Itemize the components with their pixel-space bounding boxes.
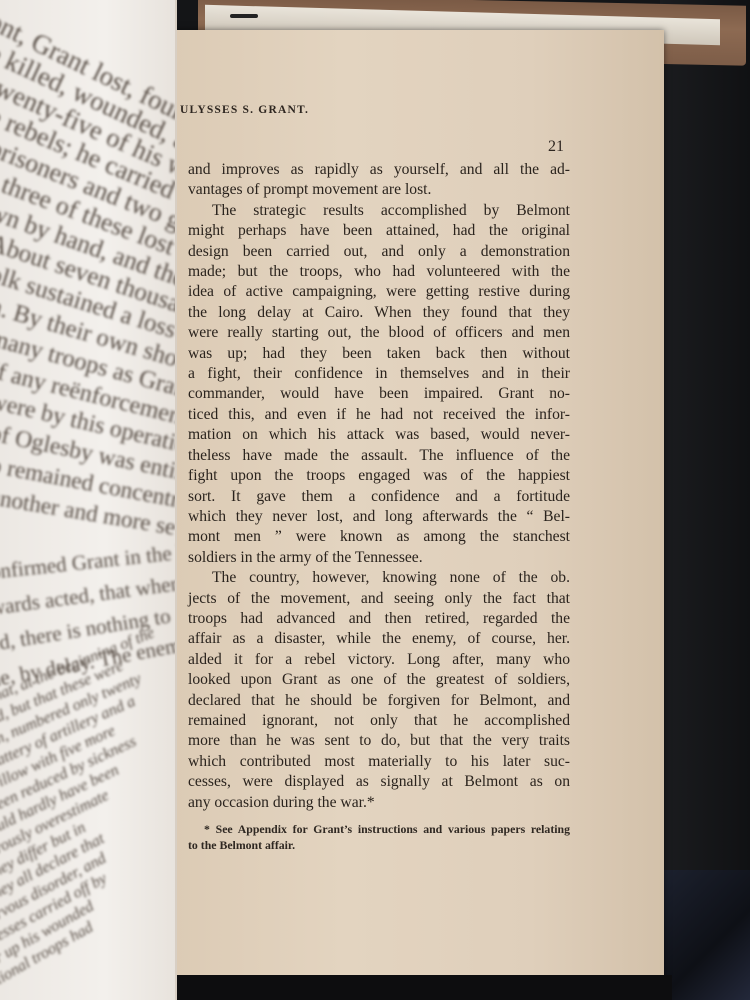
text-line: was up; had they been taken back then wi… xyxy=(188,344,570,364)
text-line: looked upon Grant as one of the greatest… xyxy=(188,670,570,690)
text-line: sort. It gave them a confidence and a fo… xyxy=(188,487,570,507)
text-line: and improves as rapidly as yourself, and… xyxy=(188,160,570,180)
text-line: ticed this, and even if he had not recei… xyxy=(188,405,570,425)
text-line: fight upon the troops engaged was of the… xyxy=(188,466,570,486)
text-line: The country, however, knowing none of th… xyxy=(188,568,570,588)
text-line: affair as a disaster, while the enemy, o… xyxy=(188,629,570,649)
text-line: idea of active campaigning, were getting… xyxy=(188,282,570,302)
text-line: theless have made the assault. The influ… xyxy=(188,446,570,466)
text-line: alded it for a rebel victory. Long after… xyxy=(188,650,570,670)
text-line: mont men ” were known as among the stanc… xyxy=(188,527,570,547)
text-line: any occasion during the war.* xyxy=(188,793,570,813)
text-line: soldiers in the army of the Tennessee. xyxy=(188,548,570,568)
text-line: a fight, their confidence in themselves … xyxy=(188,364,570,384)
text-line: remained ignorant, not only that he acco… xyxy=(188,711,570,731)
page-number: 21 xyxy=(548,138,564,156)
text-line: cesses, were displayed as signally at Be… xyxy=(188,772,570,792)
text-line: design been carried out, and only a demo… xyxy=(188,242,570,262)
text-line: the long delay at Cairo. When they found… xyxy=(188,303,570,323)
text-line: declared that he should be forgiven for … xyxy=(188,691,570,711)
text-line: which contributed most materially to his… xyxy=(188,752,570,772)
footnote: * See Appendix for Grant’s instructions … xyxy=(188,821,570,853)
text-line: The strategic results accomplished by Be… xyxy=(188,201,570,221)
text-line: more than he was sent to do, but that th… xyxy=(188,731,570,751)
text-line: might perhaps have been attained, had th… xyxy=(188,221,570,241)
left-page: ont, Grant lost, four hundrede killed, w… xyxy=(0,0,177,1000)
text-line: which they never lost, and long afterwar… xyxy=(188,507,570,527)
page-body: and improves as rapidly as yourself, and… xyxy=(188,160,570,853)
paragraph: The country, however, knowing none of th… xyxy=(188,568,570,813)
text-line: commander, would have been impaired. Gra… xyxy=(188,384,570,404)
footnote-line: to the Belmont affair. xyxy=(188,837,570,853)
paragraph: The strategic results accomplished by Be… xyxy=(188,201,570,568)
back-book-mark xyxy=(230,14,258,18)
text-line: jects of the movement, and seeing only t… xyxy=(188,589,570,609)
body-text: and improves as rapidly as yourself, and… xyxy=(188,160,570,813)
footnote-line: * See Appendix for Grant’s instructions … xyxy=(188,821,570,837)
running-head: ULYSSES S. GRANT. xyxy=(180,104,309,116)
dark-background xyxy=(660,0,750,1000)
text-line: were really starting out, the blood of o… xyxy=(188,323,570,343)
text-line: troops had advanced and then retired, re… xyxy=(188,609,570,629)
text-line: made; but the troops, who had volunteere… xyxy=(188,262,570,282)
text-line: mation on which his attack was based, wo… xyxy=(188,425,570,445)
page-bottom-shadow xyxy=(132,975,672,1000)
paragraph: and improves as rapidly as yourself, and… xyxy=(188,160,570,201)
text-line: vantages of prompt movement are lost. xyxy=(188,180,570,200)
